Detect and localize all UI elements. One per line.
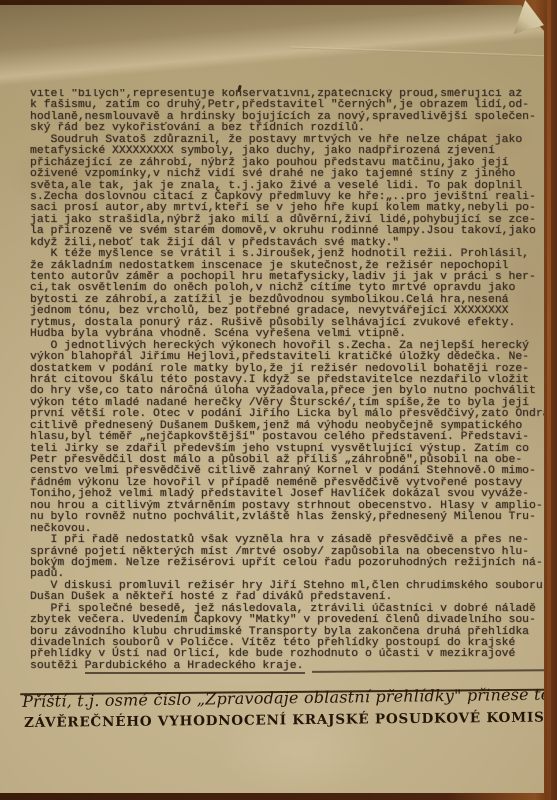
typed-line: zbytek večera. Uvedením Čapkovy "Matky" … <box>30 615 547 626</box>
typed-line: K téže myšlence se vrátil i s.Jiroušek,j… <box>30 249 547 260</box>
typed-line: bokým dojmem. Nelze režisérovi upřít cel… <box>30 558 547 569</box>
typed-underline <box>85 672 305 674</box>
typed-line: hlasu,byl téměř „nejčapkovštější" postav… <box>30 432 547 443</box>
typewritten-text-block: vitel "bílých",representuje konservativn… <box>30 89 547 675</box>
typed-line: oživené vzpomínky,v nichž vidí své drahé… <box>30 169 547 180</box>
typed-line: nu bylo rovněž nutno pochválit,zvláště h… <box>30 512 547 523</box>
handwritten-note-line1: Příští, t.j. osmé číslo „Zpravodaje obla… <box>22 685 557 711</box>
typed-line: la přirozeně ve svém starém domově,v okr… <box>30 226 547 237</box>
scan-background: { "document": { "colors": { "paper": "#b… <box>0 0 557 800</box>
scan-edge-highlight <box>547 0 551 800</box>
handwritten-note-line2: ZÁVĚREČNÉHO VYHODNOCENÍ KRAJSKÉ POSUDKOV… <box>24 709 557 731</box>
document-page: vitel "bílých",representuje konservativn… <box>0 5 544 793</box>
typed-line: Dušan Dušek a někteří hosté z řad diváků… <box>30 592 547 603</box>
typed-line: Hudba byla vybrána vhodně. Scéna vyřešen… <box>30 329 547 340</box>
typed-line: výkon blahopřál Jiřímu Hejlovi,představi… <box>30 352 547 363</box>
typed-line: metafysické XXXXXXXXX symboly, jako duch… <box>30 146 547 157</box>
typed-line: I při řadě nedostatků však vyzněla hra v… <box>30 535 547 546</box>
typed-line: první větší role. Otec v podání Jiřího L… <box>30 409 547 420</box>
